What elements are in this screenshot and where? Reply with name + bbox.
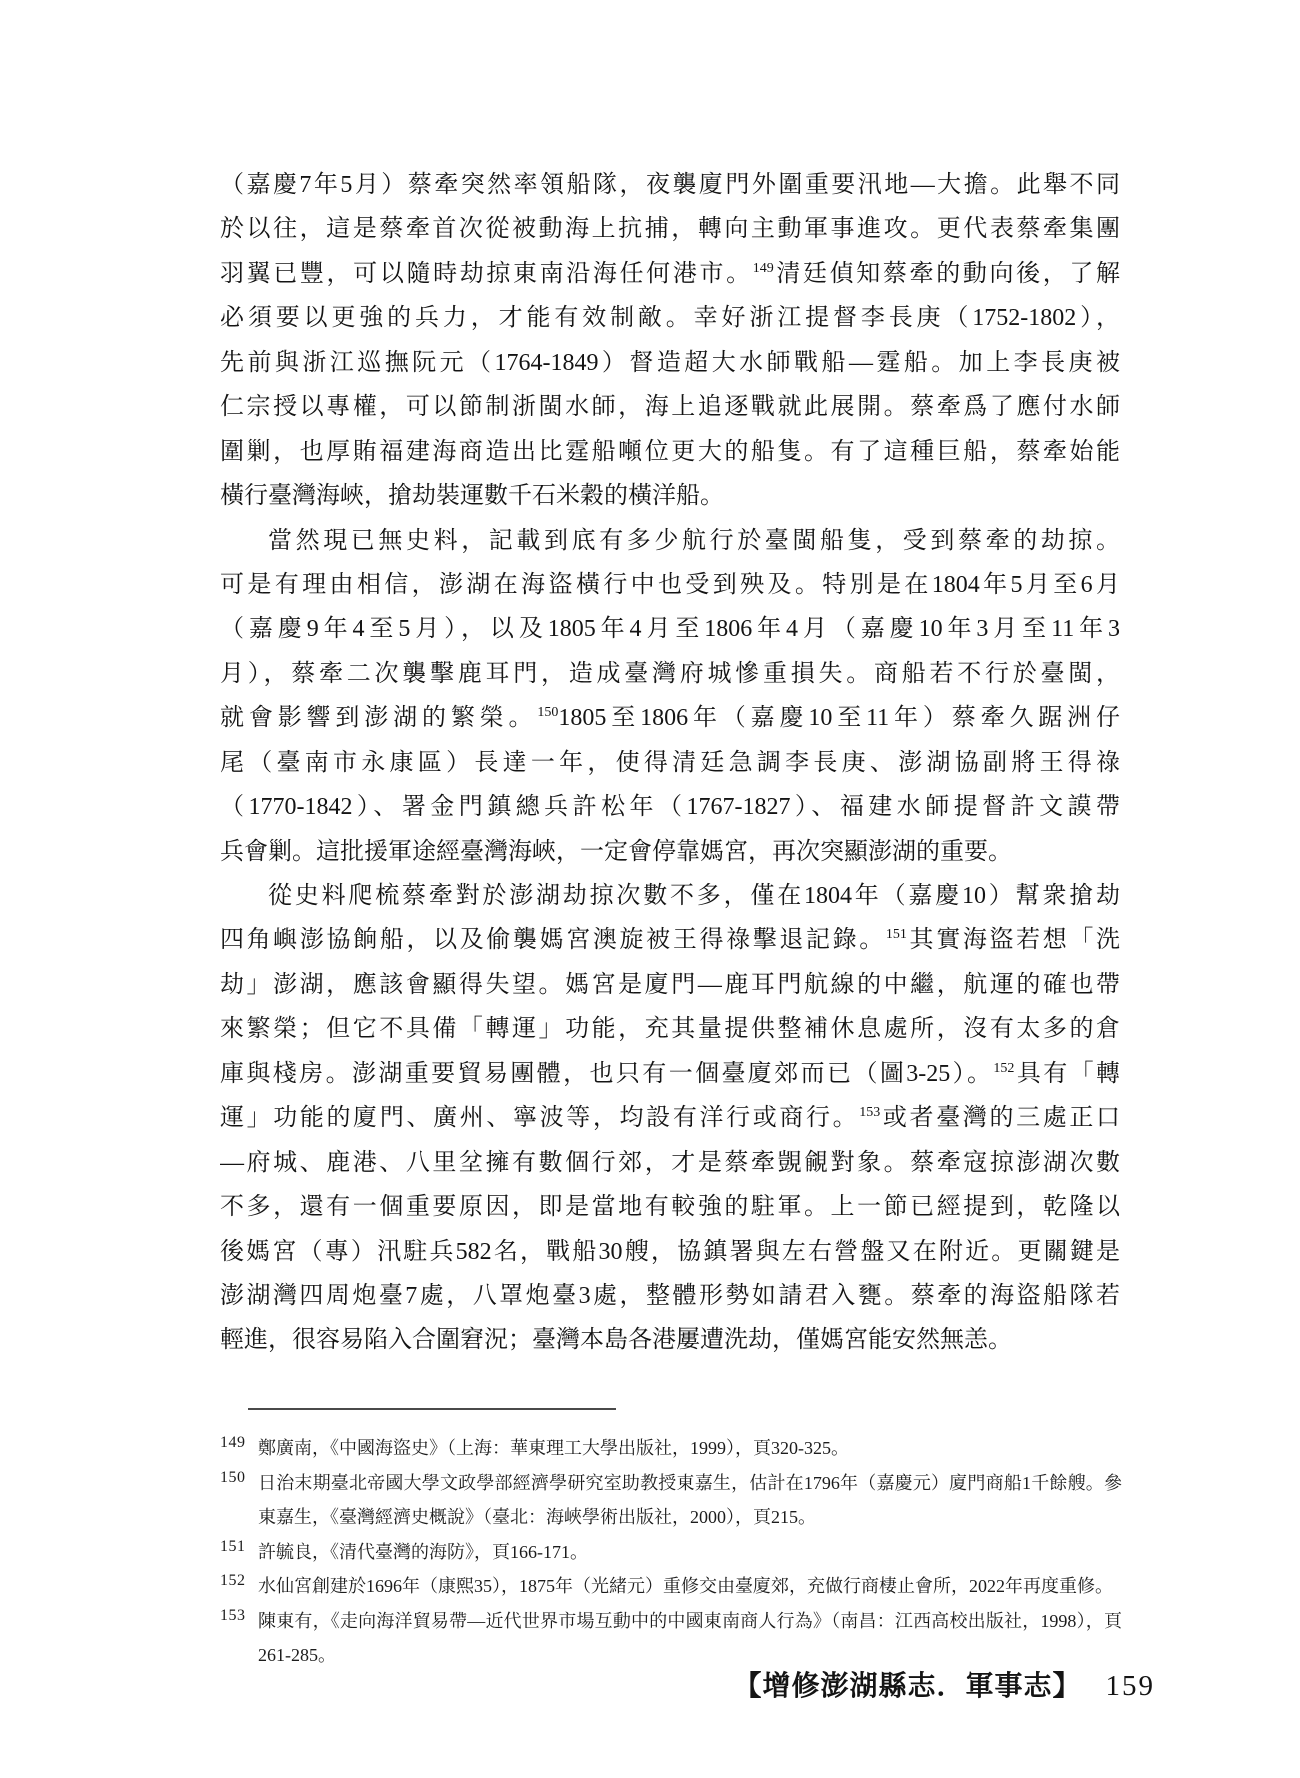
footnote-line: 東嘉生，《臺灣經濟史概說》（臺北：海峽學術出版社，2000），頁215。 [220,1500,1122,1535]
body-line: 橫行臺灣海峽，搶劫裝運數千石米穀的橫洋船。 [220,474,1120,518]
body-line: 劫」澎湖，應該會顯得失望。媽宮是廈門—鹿耳門航線的中繼，航運的確也帶 [220,963,1120,1007]
book-page: （嘉慶7年5月）蔡牽突然率領船隊，夜襲廈門外圍重要汛地—大擔。此舉不同於以往，這… [0,0,1300,1778]
body-line: （1770-1842）、署金門鎮總兵許松年（1767-1827）、福建水師提督許… [220,785,1120,829]
footnote-line: 152水仙宮創建於1696年（康熙35），1875年（光緒元）重修交由臺廈郊，充… [220,1569,1122,1604]
body-line: 當然現已無史料，記載到底有多少航行於臺閩船隻，受到蔡牽的劫掠。 [220,519,1120,563]
body-line: 尾（臺南市永康區）長達一年，使得清廷急調李長庚、澎湖協副將王得祿 [220,741,1120,785]
body-line: （嘉慶9年4至5月），以及1805年4月至1806年4月（嘉慶10年3月至11年… [220,607,1120,651]
body-line: 羽翼已豐，可以隨時劫掠東南沿海任何港市。149清廷偵知蔡牽的動向後，了解 [220,252,1120,296]
footnote-line: 149鄭廣南，《中國海盜史》（上海：華東理工大學出版社，1999），頁320-3… [220,1431,1122,1466]
footnote-number: 153 [220,1604,246,1634]
footnote-line: 151許毓良，《清代臺灣的海防》，頁166-171。 [220,1535,1122,1570]
footnote-separator [248,1408,616,1410]
footnotes: 149鄭廣南，《中國海盜史》（上海：華東理工大學出版社，1999），頁320-3… [220,1431,1122,1673]
body-line: 運」功能的廈門、廣州、寧波等，均設有洋行或商行。153或者臺灣的三處正口 [220,1096,1120,1140]
body-line: 輕進，很容易陷入合圍窘況；臺灣本島各港屢遭洗劫，僅媽宮能安然無恙。 [220,1318,1120,1362]
body-line: 先前與浙江巡撫阮元（1764-1849）督造超大水師戰船—霆船。加上李長庚被 [220,341,1120,385]
footnote-ref: 151 [886,927,907,942]
footnote-line: 150日治末期臺北帝國大學文政學部經濟學研究室助教授東嘉生，估計在1796年（嘉… [220,1466,1122,1501]
page-number: 159 [1106,1670,1156,1703]
body-line: 從史料爬梳蔡牽對於澎湖劫掠次數不多，僅在1804年（嘉慶10）幫衆搶劫 [220,874,1120,918]
body-line: 不多，還有一個重要原因，即是當地有較強的駐軍。上一節已經提到，乾隆以 [220,1185,1120,1229]
footnote-ref: 149 [753,261,774,276]
footnote-number: 151 [220,1535,246,1565]
footnote-ref: 153 [859,1105,880,1120]
body-line: 庫與棧房。澎湖重要貿易團體，也只有一個臺廈郊而已（圖3-25）。152具有「轉 [220,1052,1120,1096]
body-line: 必須要以更強的兵力，才能有效制敵。幸好浙江提督李長庚（1752-1802）， [220,296,1120,340]
footnote-number: 149 [220,1431,246,1461]
body-line: 於以往，這是蔡牽首次從被動海上抗捕，轉向主動軍事進攻。更代表蔡牽集團 [220,207,1120,251]
body-line: 澎湖灣四周炮臺7處，八罩炮臺3處，整體形勢如請君入甕。蔡牽的海盜船隊若 [220,1274,1120,1318]
body-line: —府城、鹿港、八里坌擁有數個行郊，才是蔡牽覬覦對象。蔡牽寇掠澎湖次數 [220,1141,1120,1185]
footnote-number: 150 [220,1466,246,1496]
body-line: 兵會剿。這批援軍途經臺灣海峽，一定會停靠媽宮，再次突顯澎湖的重要。 [220,830,1120,874]
footer-title: 【增修澎湖縣志．軍事志】 [733,1664,1081,1704]
footnote-ref: 152 [993,1061,1014,1076]
body-line: 四角嶼澎協餉船，以及偷襲媽宮澳旋被王得祿擊退記錄。151其實海盜若想「洗 [220,918,1120,962]
body-line: 後媽宮（專）汛駐兵582名，戰船30艘，協鎮署與左右營盤又在附近。更關鍵是 [220,1230,1120,1274]
body-line: 圍剿，也厚賄福建海商造出比霆船噸位更大的船隻。有了這種巨船，蔡牽始能 [220,430,1120,474]
footnote-ref: 150 [537,705,558,720]
body-line: 來繁榮；但它不具備「轉運」功能，充其量提供整補休息處所，沒有太多的倉 [220,1007,1120,1051]
body-text: （嘉慶7年5月）蔡牽突然率領船隊，夜襲廈門外圍重要汛地—大擔。此舉不同於以往，這… [220,163,1120,1363]
body-line: （嘉慶7年5月）蔡牽突然率領船隊，夜襲廈門外圍重要汛地—大擔。此舉不同 [220,163,1120,207]
footnote-number: 152 [220,1569,246,1599]
footnote-line: 153陳東有，《走向海洋貿易帶—近代世界市場互動中的中國東南商人行為》（南昌：江… [220,1604,1122,1639]
body-line: 可是有理由相信，澎湖在海盜橫行中也受到殃及。特別是在1804年5月至6月 [220,563,1120,607]
body-line: 仁宗授以專權，可以節制浙閩水師，海上追逐戰就此展開。蔡牽爲了應付水師 [220,385,1120,429]
body-line: 月），蔡牽二次襲擊鹿耳門，造成臺灣府城慘重損失。商船若不行於臺閩， [220,652,1120,696]
page-footer: 【增修澎湖縣志．軍事志】 159 [733,1664,1155,1704]
body-line: 就會影響到澎湖的繁榮。1501805至1806年（嘉慶10至11年）蔡牽久踞洲仔 [220,696,1120,740]
